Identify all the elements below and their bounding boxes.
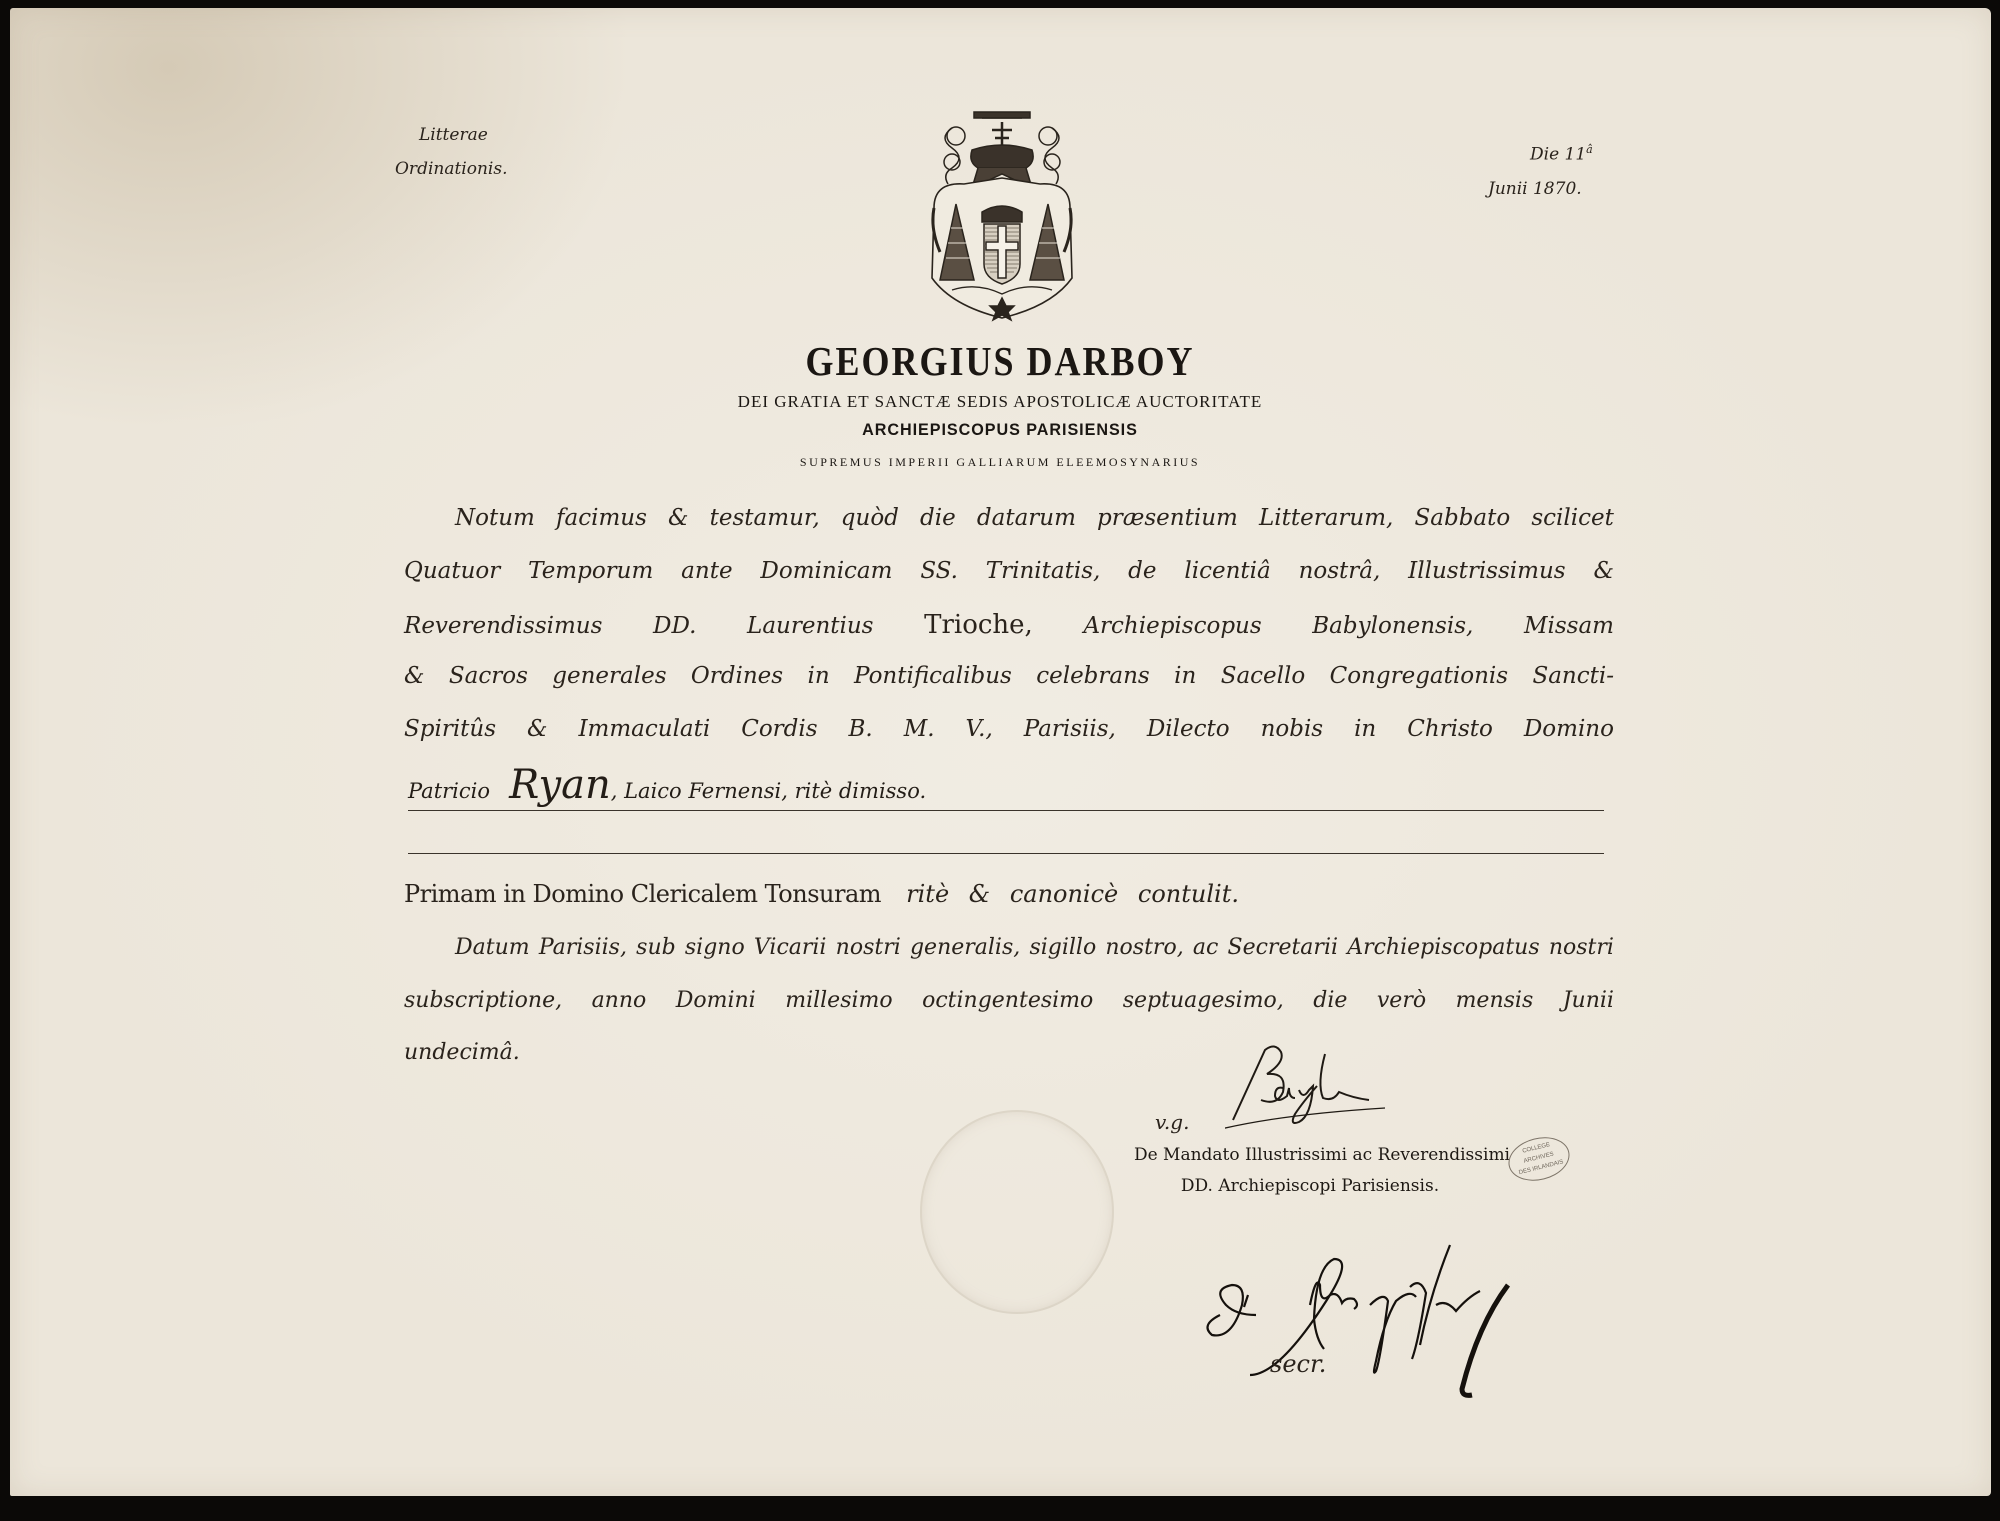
header-subtitle-1: DEI GRATIA ET SANCTÆ SEDIS APOSTOLICÆ AU… [0, 392, 2000, 412]
body-line-5: Spiritûs & Immaculati Cordis B. M. V., P… [404, 716, 1614, 742]
corner-right-line1: Die 11â [1488, 133, 1593, 172]
body-line-2: Quatuor Temporum ante Dominicam SS. Trin… [404, 558, 1614, 584]
mandate-line-1: De Mandato Illustrissimi ac Reverendissi… [1050, 1145, 1510, 1165]
corner-left-line2: Ordinationis. [395, 159, 507, 179]
ordinand-surname: Ryan [509, 762, 611, 808]
corner-right-line2: Junii 1870. [1488, 179, 1582, 199]
secretary-title: secr. [1270, 1350, 1326, 1378]
order-conferred-line: Primam in Domino Clericalem Tonsuram rit… [404, 880, 1239, 908]
coat-of-arms-icon [912, 108, 1092, 323]
fill-in-rule-2 [408, 853, 1604, 854]
mandate-line-2: DD. Archiepiscopi Parisiensis. [1120, 1176, 1500, 1196]
dating-line-2: subscriptione, anno Domini millesimo oct… [404, 988, 1614, 1013]
ordinand-details: , Laico Fernensi, ritè dimisso. [611, 779, 926, 803]
archbishop-name: GEORGIUS DARBOY [0, 337, 2000, 385]
fill-in-rule-1 [408, 810, 1604, 811]
header-subtitle-3: SUPREMUS IMPERII GALLIARUM ELEEMOSYNARIU… [0, 455, 2000, 470]
ordinand-first-name: Patricio [408, 779, 490, 803]
order-conferred: Primam in Domino Clericalem Tonsuram [404, 880, 888, 908]
document-type-label: Litterae Ordinationis. [395, 118, 507, 186]
body-line-3: Reverendissimus DD. Laurentius Trioche, … [404, 610, 1614, 640]
dating-line-1: Datum Parisiis, sub signo Vicarii nostri… [455, 935, 1614, 960]
vicar-title: v.g. [1155, 1110, 1189, 1134]
body-line-4: & Sacros generales Ordines in Pontifical… [404, 663, 1614, 689]
signature-bayle: Bayle [1225, 1040, 1385, 1130]
ordinand-name-field: Patricio Ryan, Laico Fernensi, ritè dimi… [408, 762, 926, 808]
document-date-label: Die 11â Junii 1870. [1488, 133, 1593, 206]
dating-line-3: undecimâ. [404, 1040, 520, 1065]
header-subtitle-2: ARCHIEPISCOPUS PARISIENSIS [50, 420, 1950, 440]
corner-left-line1: Litterae [395, 118, 507, 152]
body-line-1: Notum facimus & testamur, quòd die datar… [455, 505, 1614, 531]
signature-schaeffer: H. Schaeffer [1180, 1225, 1550, 1415]
celebrant-surname: Trioche, [924, 610, 1033, 640]
embossed-seal-icon [920, 1110, 1114, 1314]
